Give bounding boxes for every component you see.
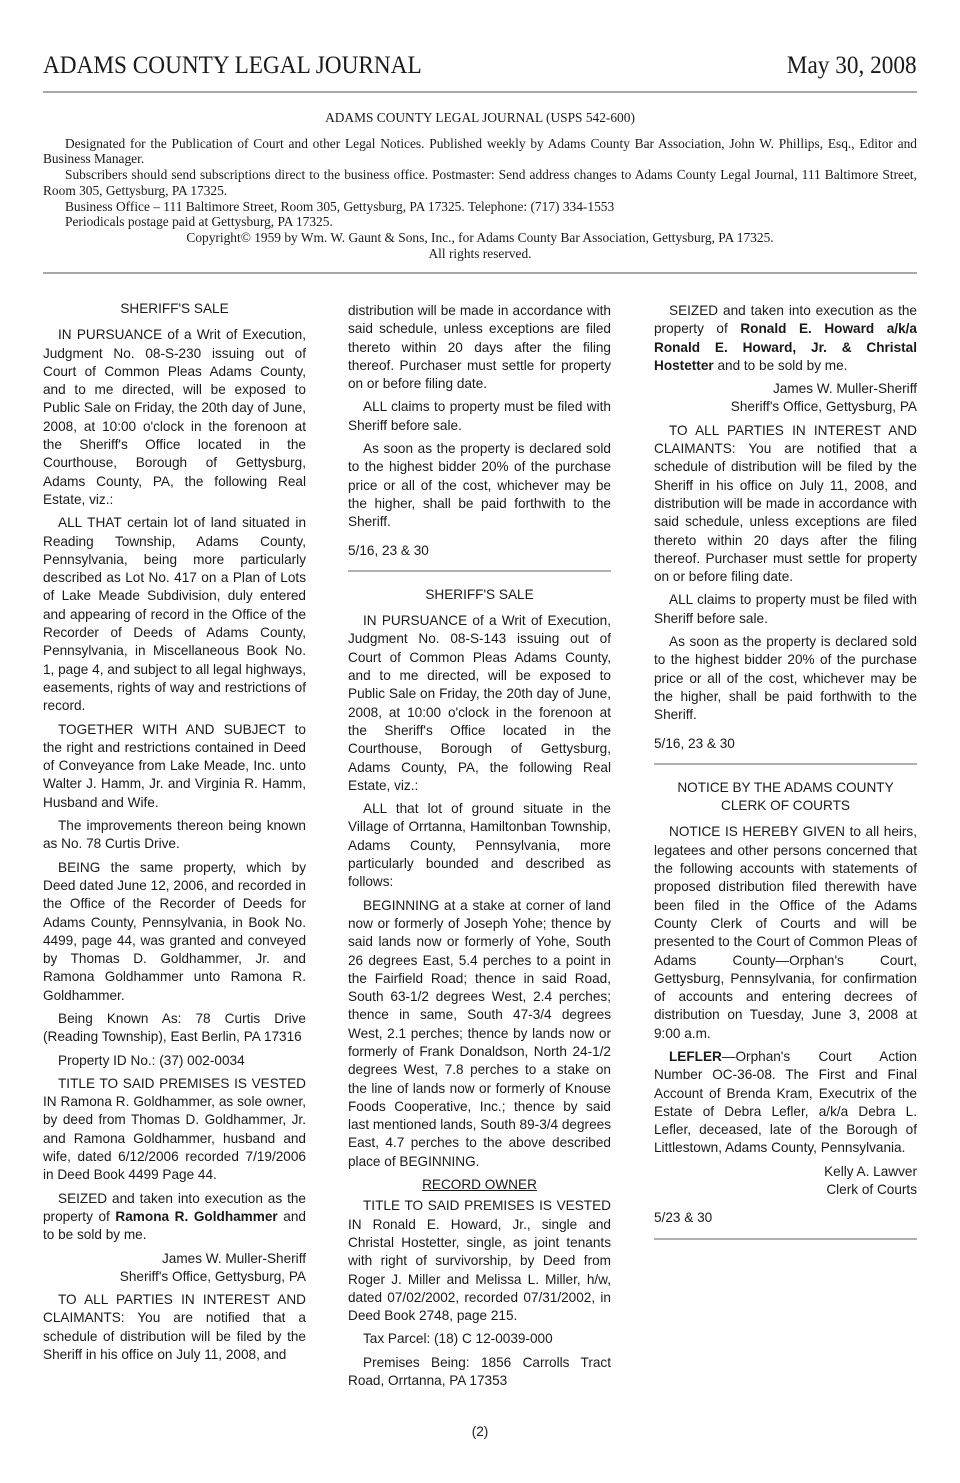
notice-paragraph: ALL claims to property must be filed wit…	[654, 591, 917, 628]
publication-dates: 5/23 & 30	[654, 1209, 917, 1227]
masthead: ADAMS COUNTY LEGAL JOURNAL May 30, 2008	[43, 52, 917, 84]
notice-paragraph: As soon as the property is declared sold…	[348, 440, 611, 531]
notice-paragraph: Being Known As: 78 Curtis Drive (Reading…	[43, 1010, 306, 1047]
seized-text: and to be sold by me.	[714, 358, 848, 373]
column-3: SEIZED and taken into execution as the p…	[654, 302, 917, 1254]
notice-paragraph: Property ID No.: (37) 002-0034	[43, 1052, 306, 1070]
notice-paragraph: Premises Being: 1856 Carrolls Tract Road…	[348, 1354, 611, 1391]
notice-heading: SHERIFF'S SALE	[43, 300, 306, 318]
defendant-name: Ramona R. Goldhammer	[115, 1209, 277, 1224]
imprint-business-office: Business Office – 111 Baltimore Street, …	[43, 199, 917, 215]
clerk-title: Clerk of Courts	[654, 1181, 917, 1199]
clerk-signature: Kelly A. Lawver	[654, 1163, 917, 1181]
masthead-rule	[43, 91, 917, 93]
imprint-rule	[43, 272, 917, 274]
column-1: SHERIFF'S SALE IN PURSUANCE of a Writ of…	[43, 300, 306, 1369]
notice-paragraph: The improvements thereon being known as …	[43, 817, 306, 854]
notice-heading: NOTICE BY THE ADAMS COUNTY	[654, 779, 917, 797]
sheriff-signature: James W. Muller-Sheriff	[43, 1250, 306, 1268]
account-entry: LEFLER—Orphan's Court Action Number OC-3…	[654, 1048, 917, 1158]
record-owner-heading: RECORD OWNER	[348, 1176, 611, 1194]
notice-paragraph: NOTICE IS HEREBY GIVEN to all heirs, leg…	[654, 823, 917, 1043]
seized-paragraph: SEIZED and taken into execution as the p…	[43, 1190, 306, 1245]
notice-heading: CLERK OF COURTS	[654, 797, 917, 815]
sheriff-signature: James W. Muller-Sheriff	[654, 380, 917, 398]
imprint-title: ADAMS COUNTY LEGAL JOURNAL (USPS 542-600…	[43, 110, 917, 126]
publication-dates: 5/16, 23 & 30	[654, 735, 917, 753]
notice-paragraph: IN PURSUANCE of a Writ of Execu­tion, Ju…	[43, 326, 306, 509]
imprint-designation: Designated for the Publication of Court …	[43, 136, 917, 167]
notice-paragraph: ALL claims to property must be filed wit…	[348, 398, 611, 435]
notice-heading: SHERIFF'S SALE	[348, 586, 611, 604]
seized-paragraph: SEIZED and taken into execution as the p…	[654, 302, 917, 375]
notice-separator	[348, 570, 611, 572]
notice-paragraph: ALL THAT certain lot of land situated in…	[43, 514, 306, 715]
issue-date: May 30, 2008	[787, 52, 917, 80]
imprint-copyright: Copyright© 1959 by Wm. W. Gaunt & Sons, …	[43, 230, 917, 246]
journal-title: ADAMS COUNTY LEGAL JOURNAL	[43, 52, 422, 80]
publication-dates: 5/16, 23 & 30	[348, 542, 611, 560]
notice-paragraph: TO ALL PARTIES IN INTEREST AND CLAIMANTS…	[43, 1291, 306, 1364]
notice-paragraph: BEING the same property, which by Deed d…	[43, 859, 306, 1005]
sheriff-office: Sheriff's Office, Gettysburg, PA	[43, 1268, 306, 1286]
notice-separator	[654, 1238, 917, 1240]
page-number: (2)	[0, 1424, 960, 1439]
notice-paragraph: IN PURSUANCE of a Writ of Execu­tion, Ju…	[348, 612, 611, 795]
notice-paragraph: ALL that lot of ground situate in the Vi…	[348, 800, 611, 891]
notice-paragraph: TOGETHER WITH AND SUBJECT to the right a…	[43, 721, 306, 812]
notice-separator	[654, 763, 917, 765]
imprint-postage: Periodicals postage paid at Gettysburg, …	[43, 214, 917, 230]
notice-paragraph: Tax Parcel: (18) C 12-0039-000	[348, 1330, 611, 1348]
imprint-rights: All rights reserved.	[43, 246, 917, 262]
notice-paragraph: TO ALL PARTIES IN INTEREST AND CLAIMANTS…	[654, 422, 917, 587]
column-2: distribution will be made in accordance …	[348, 302, 611, 1395]
notice-paragraph: BEGINNING at a stake at corner of land n…	[348, 897, 611, 1171]
notice-paragraph-continued: distribution will be made in accordance …	[348, 302, 611, 393]
notice-paragraph: TITLE TO SAID PREMISES IS VEST­ED IN Ram…	[43, 1075, 306, 1185]
notice-paragraph: TITLE TO SAID PREMISES IS VEST­ED IN Ron…	[348, 1197, 611, 1325]
notice-paragraph: As soon as the property is declared sold…	[654, 633, 917, 724]
imprint-block: ADAMS COUNTY LEGAL JOURNAL (USPS 542-600…	[43, 110, 917, 261]
estate-name: LEFLER	[669, 1049, 722, 1064]
imprint-subscriptions: Subscribers should send subscriptions di…	[43, 167, 917, 198]
sheriff-office: Sheriff's Office, Gettysburg, PA	[654, 398, 917, 416]
entry-text: —Orphan's Court Action Number OC-36-08. …	[654, 1049, 917, 1155]
